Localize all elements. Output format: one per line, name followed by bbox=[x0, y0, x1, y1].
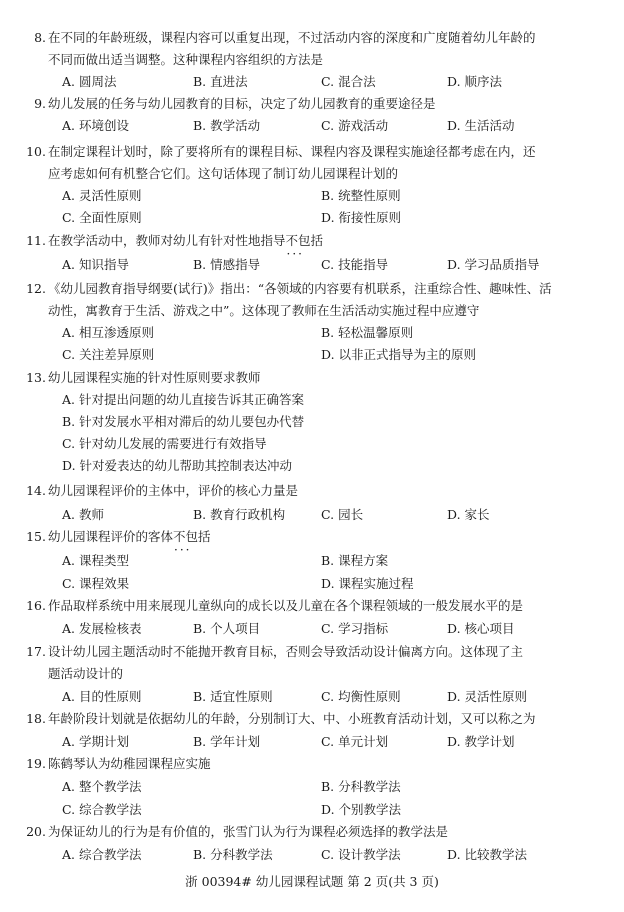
page-footer: 浙 00394# 幼儿园课程试题 第 2 页(共 3 页) bbox=[0, 872, 624, 890]
exam-page: 8. 在不同的年龄班级，课程内容可以重复出现，不过活动内容的深度和广度随着幼儿年… bbox=[0, 0, 624, 912]
option-d: D. 课程实施过程 bbox=[321, 573, 414, 595]
option-c: C. 游戏活动 bbox=[321, 115, 388, 137]
question-number: 18. bbox=[2, 708, 46, 730]
option-a: A. 发展检核表 bbox=[62, 618, 141, 640]
question-number: 15. bbox=[2, 526, 46, 548]
option-c: C. 综合教学法 bbox=[62, 799, 142, 821]
option-c: C. 技能指导 bbox=[321, 254, 388, 276]
option-b: B. 教学活动 bbox=[193, 115, 260, 137]
option-b: B. 统整性原则 bbox=[321, 185, 401, 207]
option-c: C. 园长 bbox=[321, 504, 363, 526]
question-number: 10. bbox=[2, 141, 46, 163]
option-b: B. 分科教学法 bbox=[193, 844, 273, 866]
question-number: 8. bbox=[2, 27, 46, 49]
question-stem-line: 作品取样系统中用来展现儿童纵向的成长以及儿童在各个课程领域的一般发展水平的是 bbox=[48, 595, 608, 617]
option-b: B. 学年计划 bbox=[193, 731, 260, 753]
option-a: A. 整个教学法 bbox=[62, 776, 141, 798]
question-number: 19. bbox=[2, 753, 46, 775]
option-b: B. 个人项目 bbox=[193, 618, 260, 640]
option-b: B. 直进法 bbox=[193, 71, 248, 93]
option-b: B. 课程方案 bbox=[321, 550, 388, 572]
option-c: C. 单元计划 bbox=[321, 731, 388, 753]
option-b: B. 情感指导 bbox=[193, 254, 260, 276]
question-stem-line: 陈鹤琴认为幼稚园课程应实施 bbox=[48, 753, 608, 775]
option-a: A. 综合教学法 bbox=[62, 844, 141, 866]
question-stem-line: 在不同的年龄班级，课程内容可以重复出现，不过活动内容的深度和广度随着幼儿年龄的 bbox=[48, 27, 608, 49]
question-number: 14. bbox=[2, 480, 46, 502]
question-stem-line: 题活动设计的 bbox=[48, 663, 608, 685]
option-c: C. 设计教学法 bbox=[321, 844, 401, 866]
option-d: D. 家长 bbox=[447, 504, 490, 526]
option-a: A. 知识指导 bbox=[62, 254, 129, 276]
emphasis-text: 不包括 bbox=[286, 233, 324, 248]
question-number: 20. bbox=[2, 821, 46, 843]
option-a: A. 相互渗透原则 bbox=[62, 322, 154, 344]
question-stem-line: 在制定课程计划时，除了要将所有的课程目标、课程内容及课程实施途径都考虑在内，还 bbox=[48, 141, 608, 163]
question-stem-line: 设计幼儿园主题活动时不能抛开教育目标，否则会导致活动设计偏离方向。这体现了主 bbox=[48, 641, 608, 663]
stem-text: 在教学活动中，教师对幼儿有针对性地指导 bbox=[48, 233, 286, 248]
question-stem-line: 在教学活动中，教师对幼儿有针对性地指导不包括 bbox=[48, 230, 608, 252]
option-d: D. 比较教学法 bbox=[447, 844, 527, 866]
question-number: 17. bbox=[2, 641, 46, 663]
question-stem-line: 应考虑如何有机整合它们。这句话体现了制订幼儿园课程计划的 bbox=[48, 163, 608, 185]
option-d: D. 以非正式指导为主的原则 bbox=[321, 344, 476, 366]
question-number: 9. bbox=[2, 93, 46, 115]
option-d: D. 衔接性原则 bbox=[321, 207, 401, 229]
question-stem-line: 《幼儿园教育指导纲要(试行)》指出：“各领域的内容要有机联系，注重综合性、趣味性… bbox=[48, 278, 608, 300]
option-b: B. 适宜性原则 bbox=[193, 686, 273, 708]
option-a: A. 针对提出问题的幼儿直接告诉其正确答案 bbox=[62, 389, 304, 411]
option-d: D. 核心项目 bbox=[447, 618, 515, 640]
option-a: A. 灵活性原则 bbox=[62, 185, 141, 207]
question-number: 13. bbox=[2, 367, 46, 389]
option-b: B. 轻松温馨原则 bbox=[321, 322, 413, 344]
question-stem-line: 动性，寓教育于生活、游戏之中”。这体现了教师在生活活动实施过程中应遵守 bbox=[48, 300, 608, 322]
option-b: B. 教育行政机构 bbox=[193, 504, 285, 526]
question-stem-line: 幼儿园课程实施的针对性原则要求教师 bbox=[48, 367, 608, 389]
emphasis-text: 不包括 bbox=[173, 529, 211, 544]
question-stem-line: 年龄阶段计划就是依据幼儿的年龄，分别制订大、中、小班教育活动计划，又可以称之为 bbox=[48, 708, 608, 730]
option-c: C. 全面性原则 bbox=[62, 207, 142, 229]
option-a: A. 学期计划 bbox=[62, 731, 129, 753]
question-number: 11. bbox=[2, 230, 46, 252]
option-a: A. 环境创设 bbox=[62, 115, 129, 137]
option-a: A. 教师 bbox=[62, 504, 104, 526]
question-stem-line: 不同而做出适当调整。这种课程内容组织的方法是 bbox=[48, 49, 608, 71]
stem-text: 幼儿园课程评价的客体 bbox=[48, 529, 173, 544]
option-d: D. 针对爱表达的幼儿帮助其控制表达冲动 bbox=[62, 455, 292, 477]
question-stem-line: 幼儿园课程评价的客体不包括 bbox=[48, 526, 608, 548]
question-stem-line: 幼儿发展的任务与幼儿园教育的目标，决定了幼儿园教育的重要途径是 bbox=[48, 93, 608, 115]
option-a: A. 目的性原则 bbox=[62, 686, 141, 708]
question-number: 16. bbox=[2, 595, 46, 617]
option-b: B. 针对发展水平相对滞后的幼儿要包办代替 bbox=[62, 411, 304, 433]
question-stem-line: 幼儿园课程评价的主体中，评价的核心力量是 bbox=[48, 480, 608, 502]
question-number: 12. bbox=[2, 278, 46, 300]
option-c: C. 混合法 bbox=[321, 71, 376, 93]
option-d: D. 个别教学法 bbox=[321, 799, 401, 821]
option-d: D. 学习品质指导 bbox=[447, 254, 540, 276]
option-d: D. 生活活动 bbox=[447, 115, 515, 137]
option-d: D. 顺序法 bbox=[447, 71, 502, 93]
question-stem-line: 为保证幼儿的行为是有价值的，张雪门认为行为课程必须选择的教学法是 bbox=[48, 821, 608, 843]
option-a: A. 圆周法 bbox=[62, 71, 116, 93]
option-c: C. 针对幼儿发展的需要进行有效指导 bbox=[62, 433, 267, 455]
option-b: B. 分科教学法 bbox=[321, 776, 401, 798]
option-c: C. 学习指标 bbox=[321, 618, 388, 640]
option-d: D. 教学计划 bbox=[447, 731, 515, 753]
option-d: D. 灵活性原则 bbox=[447, 686, 527, 708]
option-c: C. 均衡性原则 bbox=[321, 686, 401, 708]
option-c: C. 课程效果 bbox=[62, 573, 129, 595]
option-c: C. 关注差异原则 bbox=[62, 344, 154, 366]
option-a: A. 课程类型 bbox=[62, 550, 129, 572]
